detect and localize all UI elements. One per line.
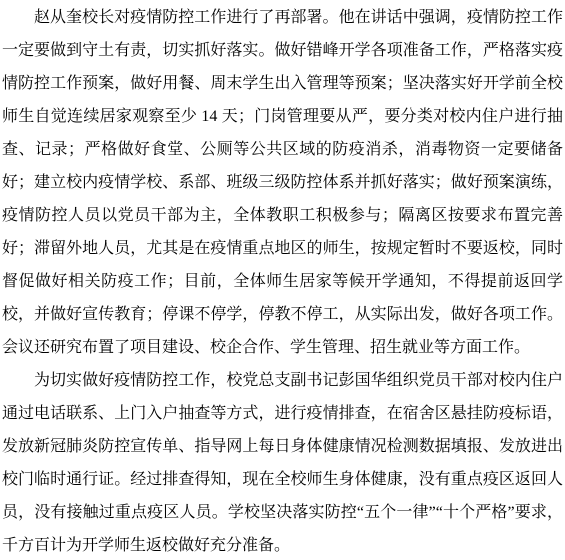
paragraph-redeployment-speech: 赵从奎校长对疫情防控工作进行了再部署。他在讲话中强调，疫情防控工作一定要做到守土… — [2, 1, 563, 364]
document-page: 赵从奎校长对疫情防控工作进行了再部署。他在讲话中强调，疫情防控工作一定要做到守土… — [0, 0, 565, 560]
paragraph-epidemic-screening: 为切实做好疫情防控工作，校党总支副书记彭国华组织党员干部对校内住户通过电话联系、… — [2, 364, 563, 560]
